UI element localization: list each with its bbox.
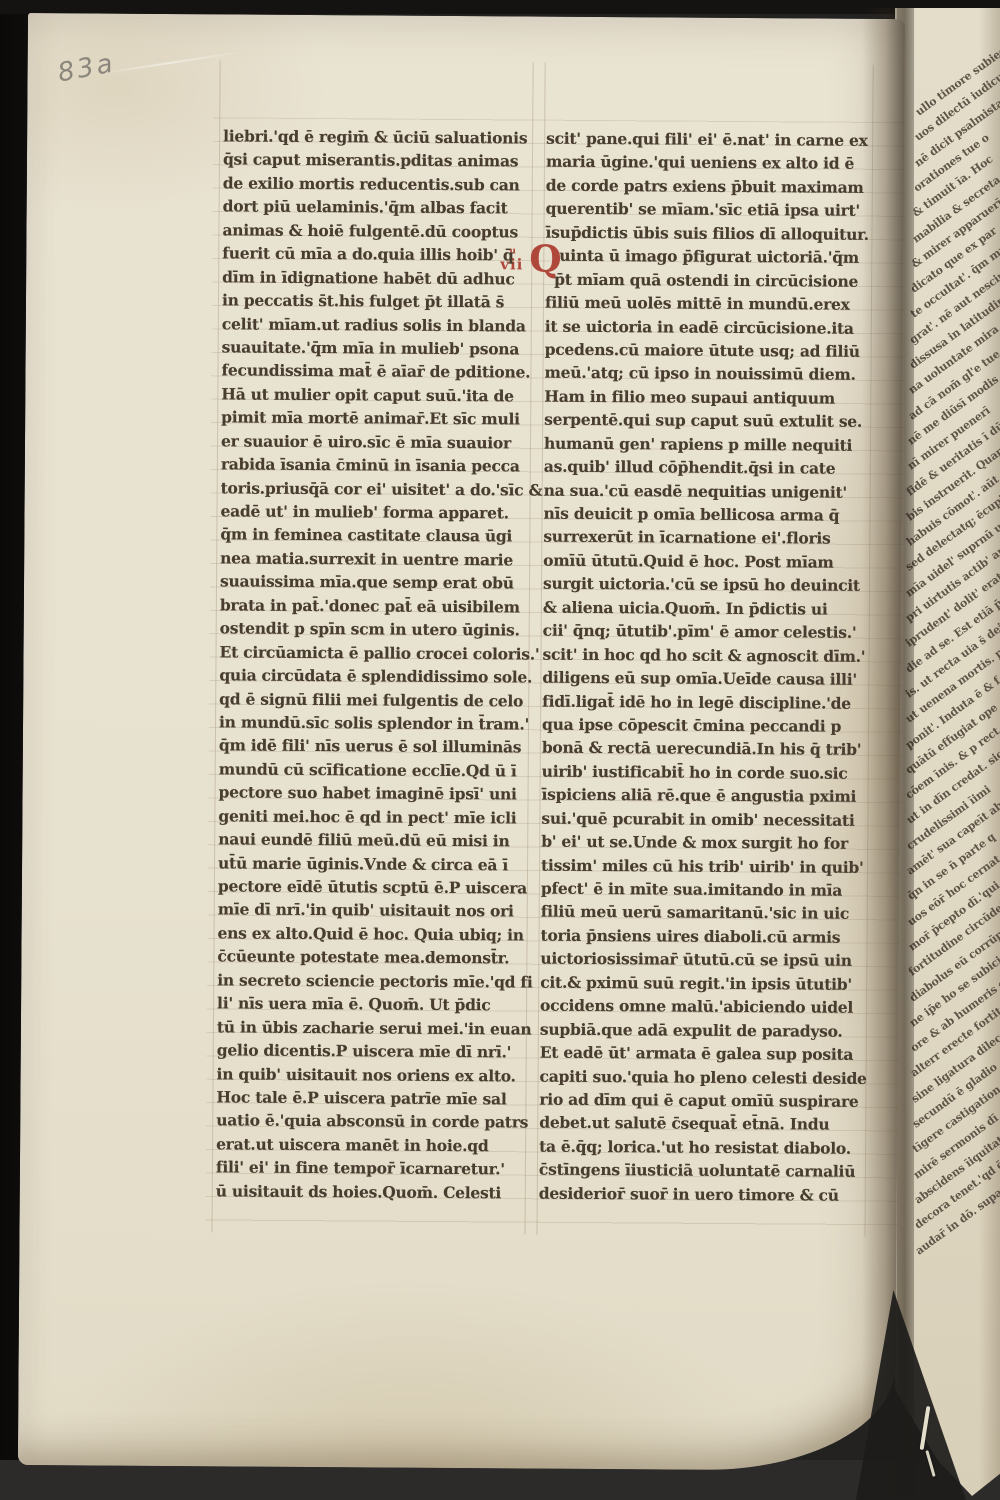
manuscript-text-line: uatio ē.'quia absconsū in corde patrs xyxy=(216,1109,526,1135)
manuscript-text-line: pectore suo habet imaginē ipsī' uni xyxy=(218,781,528,807)
manuscript-text-line: celit' mīam.ut radius solis in blanda xyxy=(222,312,532,338)
manuscript-text-line: meū.'atq; cū ipso in nouissimū diem. xyxy=(544,361,874,387)
manuscript-text-line: debet.ut salutē c̄sequat̄ et̄nā. Indu xyxy=(539,1111,869,1137)
manuscript-text-line: Ham in filio meo supaui antiquum xyxy=(544,384,874,410)
manuscript-text-line: supbiā.que adā expulit de paradyso. xyxy=(540,1017,870,1043)
manuscript-text-line: b' ei' ut se.Unde & mox surgit ho for xyxy=(541,830,871,856)
manuscript-text-line: surgit uictoria.'cū se ipsū ho deuincit xyxy=(543,572,873,598)
manuscript-text-line: cit.& pximū suū regit.'in ipsis ūtutib' xyxy=(540,970,870,996)
manuscript-text-line: geniti mei.hoc ē qd in pect' mīe icli xyxy=(218,804,528,830)
manuscript-text-line: ta ē.q̄q; lorica.'ut ho resistat diabolo… xyxy=(539,1134,869,1160)
manuscript-text-line: naui eundē filiū meū.dū eū misi in xyxy=(218,827,528,853)
manuscript-text-line: humanū gen' rapiens p mille nequiti xyxy=(544,431,874,457)
manuscript-text-line: in peccatis s̄t.his fulget p̄t illatā s̄ xyxy=(222,288,532,314)
manuscript-text-line: cii' q̄nq; ūtutib'.pīm' ē amor celestis.… xyxy=(543,619,873,645)
manuscript-text-line: fili' ei' in fine tempor̄ īcarnaretur.' xyxy=(216,1156,526,1182)
manuscript-text-line: animas & hoiē fulgentē.dū cooptus xyxy=(222,218,532,244)
manuscript-text-line: filiū meū uolēs mittē in mundū.erex xyxy=(545,291,875,317)
manuscript-photo: ullo timore subiecuos dilectū iudicunē d… xyxy=(0,0,1000,1500)
manuscript-text-line: li' nīs uera mīa ē. Quom̄. Ut p̄dic xyxy=(217,992,527,1018)
manuscript-text-line: maria ūgine.'qui ueniens ex alto id ē xyxy=(546,150,876,176)
manuscript-text-line: īspiciens aliā rē.que ē angustia pximi xyxy=(541,783,871,809)
manuscript-text-line: diligens eū sup omīa.Ueīde causa illi' xyxy=(542,666,872,692)
manuscript-text-line: pimit mīa mortē animar̄.Et sīc muli xyxy=(221,406,531,432)
manuscript-text-line: ostendit p spīn scm in utero ūginis. xyxy=(220,617,530,643)
manuscript-text-line: sui.'quē pcurabit in omib' necessitati xyxy=(541,806,871,832)
text-column-right: scit' pane.qui fili' ei' ē.nat' in carne… xyxy=(539,127,877,1207)
manuscript-text-line: Hā ut mulier opit caput suū.'ita de xyxy=(221,382,531,408)
fore-edge-pages: ullo timore subiecuos dilectū iudicunē d… xyxy=(895,8,1000,1496)
manuscript-text-line: scit' pane.qui fili' ei' ē.nat' in carne… xyxy=(546,127,876,153)
manuscript-text-line: scit' in hoc qd ho scit & agnoscit dīm.' xyxy=(542,642,872,668)
manuscript-text-line: fecundissima mat̄ ē aīar̄ de pditione. xyxy=(221,359,531,385)
manuscript-text-line: as.quib' illud cōp̄hendit.q̄si in cate xyxy=(544,455,874,481)
manuscript-text-line: quia circūdata ē splendidissimo sole. xyxy=(219,663,529,689)
manuscript-text-line: suauitate.'q̄m mīa in mulieb' psona xyxy=(222,335,532,361)
manuscript-text-line: in secreto sciencie pectoris mīe.'qd fi xyxy=(217,968,527,994)
text-column-left: liebri.'qd ē regim̄ & ūciū saluationisq̄… xyxy=(216,124,534,1204)
manuscript-text-line: Et circūamicta ē pallio crocei coloris.' xyxy=(219,640,529,666)
manuscript-text-line: qua ipse cōpescit c̄mina peccandi p xyxy=(542,713,872,739)
manuscript-text-line: rabida īsania c̄minū in īsania pecca xyxy=(221,452,531,478)
manuscript-text-line: liebri.'qd ē regim̄ & ūciū saluationis xyxy=(223,124,533,150)
manuscript-text-line: suauissima mīa.que semp erat obū xyxy=(220,570,530,596)
manuscript-text-line: toris.priusq̄ā cor ei' uisitet' a do.'sī… xyxy=(221,476,531,502)
manuscript-text-line: fidī.ligat̄ idē ho in legē discipline.'d… xyxy=(542,689,872,715)
manuscript-text-line: īsup̄dictis ūbis suis filios dī alloquit… xyxy=(545,220,875,246)
manuscript-text-line: Et eadē ūt' armata ē galea sup posita xyxy=(540,1041,870,1067)
manuscript-text-line: it se uictoria in eadē circūcisione.ita xyxy=(545,314,875,340)
manuscript-text-line: tū in ūbis zacharie serui mei.'in euan xyxy=(217,1015,527,1041)
manuscript-text-line: c̄cūeunte potestate mea.demonst̄r. xyxy=(217,945,527,971)
manuscript-text-line: pfect' ē in mīte sua.imitando in mīa xyxy=(541,877,871,903)
manuscript-text-line: fuerit cū mīa a do.quia illis hoib' q̄ xyxy=(222,242,532,268)
manuscript-text-line: omīū ūtutū.Quid ē hoc. Post mīam xyxy=(543,548,873,574)
manuscript-text-line: uinta ū imago p̄figurat uictoriā.'q̄m xyxy=(545,244,875,270)
manuscript-text-line: mundū cū scīficatione ecclīe.Qd ū ī xyxy=(219,757,529,783)
manuscript-text-line: uirib' iustificabit̄ ho in corde suo.sic xyxy=(542,759,872,785)
manuscript-text-line: toria p̄nsiens uires diaboli.cū armis xyxy=(540,923,870,949)
manuscript-text-line: qd ē signū filii mei fulgentis de celo xyxy=(219,687,529,713)
folio-number-pencil: 83a xyxy=(55,48,118,88)
manuscript-text-line: ū uisitauit ds hoies.Quom̄. Celesti xyxy=(216,1179,526,1205)
manuscript-text-line: ut̄ū marie ūginis.Vnde & circa eā ī xyxy=(218,851,528,877)
manuscript-text-line: bonā & rectā uerecundiā.In his q̄ trib' xyxy=(542,736,872,762)
manuscript-text-line: tissim' miles cū his trib' uirib' in qui… xyxy=(541,853,871,879)
manuscript-text-line: Hoc tale ē.P uiscera patrīe mīe sal xyxy=(216,1085,526,1111)
manuscript-text-line: dīm in īdignatione habēt dū adhuc xyxy=(222,265,532,291)
manuscript-text-line: q̄m idē fili' nīs uerus ē sol illuminās xyxy=(219,734,529,760)
manuscript-text-line: de corde patrs exiens p̄buit maximam xyxy=(546,173,876,199)
manuscript-text-line: na sua.'cū easdē nequitias unigenit' xyxy=(544,478,874,504)
manuscript-text-line: serpentē.qui sup caput suū extulit se. xyxy=(544,408,874,434)
manuscript-text-line: filiū meū uerū samaritanū.'sic in uic xyxy=(541,900,871,926)
manuscript-text-line: desiderior̄ suor̄ in uero timore & cū xyxy=(539,1181,869,1207)
manuscript-text-line: & aliena uicia.Quom̄. In p̄dictis ui xyxy=(543,595,873,621)
manuscript-text-line: eadē ut' in mulieb' forma apparet. xyxy=(220,499,530,525)
manuscript-text-line: p̄t mīam quā ostendi in circūcisione xyxy=(545,267,875,293)
manuscript-text-line: nīs deuicit p omīa bellicosa arma q̄ xyxy=(543,502,873,528)
manuscript-text-line: querentib' se mīam.'sīc etiā ipsa uirt' xyxy=(546,197,876,223)
manuscript-text-line: q̄m in feminea castitate clausa ūgi xyxy=(220,523,530,549)
manuscript-text-line: pcedens.cū maiore ūtute usq; ad filiū xyxy=(545,338,875,364)
manuscript-text-line: q̄si caput miserantis.pditas animas xyxy=(223,148,533,174)
manuscript-text-line: dort piū uelaminis.'q̄m albas facit xyxy=(223,195,533,221)
manuscript-text-line: surrexerūt in īcarnatione ei'.floris xyxy=(543,525,873,551)
manuscript-text-line: brata in pat̄.'donec pat̄ eā uisibilem xyxy=(220,593,530,619)
manuscript-text-line: c̄stīngens īiusticiā uoluntatē carnaliū xyxy=(539,1158,869,1184)
manuscript-text-line: de exilio mortis reducentis.sub can xyxy=(223,171,533,197)
manuscript-text-line: er suauior ē uiro.sīc ē mīa suauior xyxy=(221,429,531,455)
manuscript-text-line: erat.ut uiscera manēt in hoie.qd xyxy=(216,1132,526,1158)
manuscript-text-line: in quib' uisitauit nos oriens ex alto. xyxy=(217,1062,527,1088)
manuscript-text-line: rio ad dīm qui ē caput omīū suspirare xyxy=(539,1088,869,1114)
manuscript-text-line: ens ex alto.Quid ē hoc. Quia ubiq; in xyxy=(218,921,528,947)
manuscript-text-line: uictoriosissimar̄ ūtutū.cū se ipsū uin xyxy=(540,947,870,973)
manuscript-text-line: occidens omne malū.'abiciendo uidel xyxy=(540,994,870,1020)
manuscript-text-line: pectore eīdē ūtutis scptū ē.P uiscera xyxy=(218,874,528,900)
manuscript-text-line: nea matia.surrexit in uentre marie xyxy=(220,546,530,572)
manuscript-text-line: gelio dicentis.P uiscera mīe dī nrī.' xyxy=(217,1038,527,1064)
manuscript-text-line: capiti suo.'quia ho pleno celesti deside xyxy=(540,1064,870,1090)
manuscript-text-line: in mundū.sīc solis splendor in t̄ram.' xyxy=(219,710,529,736)
manuscript-text-line: mīe dī nrī.'in quib' uisitauit nos ori xyxy=(218,898,528,924)
manuscript-page: 83a u vii Q liebri.'qd ē regim̄ & ūciū s… xyxy=(18,13,905,1471)
